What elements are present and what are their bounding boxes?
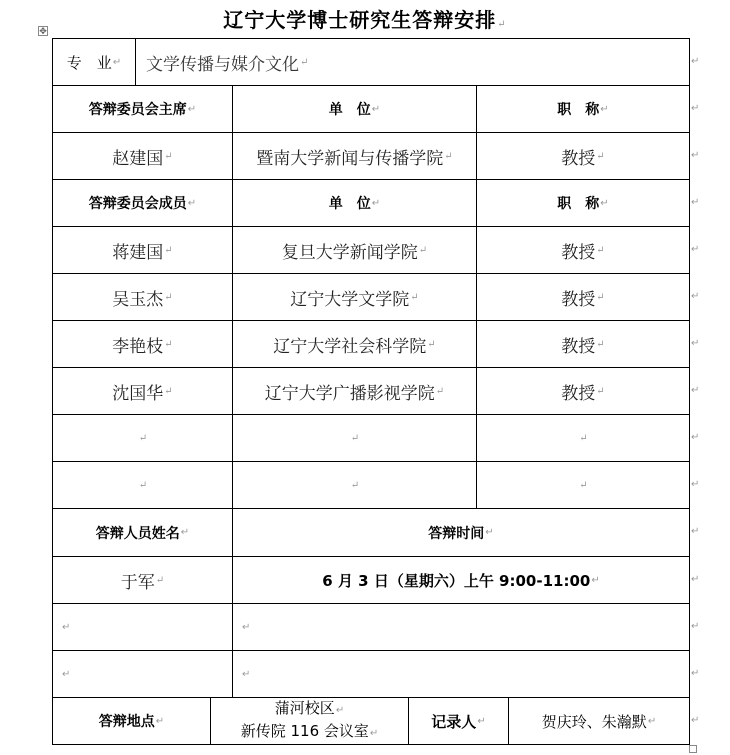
major-label: 专 业↵ [52,38,136,86]
chair-header-unit: 单 位↵ [232,85,477,133]
member-unit: 辽宁大学广播影视学院↵ [232,367,477,415]
defense-name-empty[interactable]: ↵ [52,603,233,651]
member-header-title: 职 称↵ [476,179,690,227]
row-end-mark: ↵ [691,197,699,208]
location-label: 答辩地点↵ [52,697,211,745]
defense-time-empty[interactable]: ↵ [232,603,690,651]
member-unit-empty[interactable]: ↵ [232,414,477,462]
member-unit: 复旦大学新闻学院↵ [232,226,477,274]
row-end-mark: ↵ [691,244,699,255]
recorder-label: 记录人↵ [408,697,509,745]
table-resize-handle-icon[interactable] [689,745,697,753]
member-title: 教授↵ [476,367,690,415]
row-end-mark: ↵ [691,150,699,161]
chair-title: 教授↵ [476,132,690,180]
member-header-name: 答辩委员会成员↵ [52,179,233,227]
member-name-empty[interactable]: ↵ [52,414,233,462]
location-value: 蒲河校区↵ 新传院 116 会议室↵ [210,697,409,745]
chair-header-name: 答辩委员会主席↵ [52,85,233,133]
chair-name: 赵建国↵ [52,132,233,180]
member-name: 蒋建国↵ [52,226,233,274]
row-end-mark: ↵ [691,715,699,726]
row-end-mark: ↵ [691,103,699,114]
row-end-mark: ↵ [691,338,699,349]
row-end-mark: ↵ [691,526,699,537]
member-name: 沈国华↵ [52,367,233,415]
member-title: 教授↵ [476,320,690,368]
member-unit: 辽宁大学社会科学院↵ [232,320,477,368]
defense-time-empty[interactable]: ↵ [232,650,690,698]
location-line1: 蒲河校区↵ [275,698,344,721]
chair-header-title: 职 称↵ [476,85,690,133]
recorder-value: 贺庆玲、朱瀚默↵ [508,697,690,745]
defense-header-time: 答辩时间↵ [232,508,690,557]
member-unit-empty[interactable]: ↵ [232,461,477,509]
table-move-handle-icon[interactable]: ✥ [38,26,48,36]
member-title: 教授↵ [476,226,690,274]
row-end-mark: ↵ [691,432,699,443]
row-end-mark: ↵ [691,621,699,632]
member-unit: 辽宁大学文学院↵ [232,273,477,321]
major-value: 文学传播与媒介文化↵ [135,38,690,86]
defense-name-empty[interactable]: ↵ [52,650,233,698]
document-title: 辽宁大学博士研究生答辩安排↵ [0,4,730,33]
member-title-empty[interactable]: ↵ [476,461,690,509]
defense-name: 于军↵ [52,556,233,604]
chair-unit: 暨南大学新闻与传播学院↵ [232,132,477,180]
row-end-mark: ↵ [691,385,699,396]
member-name: 李艳枝↵ [52,320,233,368]
row-end-mark: ↵ [691,668,699,679]
row-end-mark: ↵ [691,56,699,67]
member-name-empty[interactable]: ↵ [52,461,233,509]
defense-time: 6 月 3 日（星期六）上午 9:00-11:00↵ [232,556,690,604]
location-line2: 新传院 116 会议室↵ [241,721,379,744]
member-header-unit: 单 位↵ [232,179,477,227]
member-name: 吴玉杰↵ [52,273,233,321]
row-end-mark: ↵ [691,291,699,302]
member-title-empty[interactable]: ↵ [476,414,690,462]
row-end-mark: ↵ [691,479,699,490]
member-title: 教授↵ [476,273,690,321]
defense-header-name: 答辩人员姓名↵ [52,508,233,557]
row-end-mark: ↵ [691,574,699,585]
